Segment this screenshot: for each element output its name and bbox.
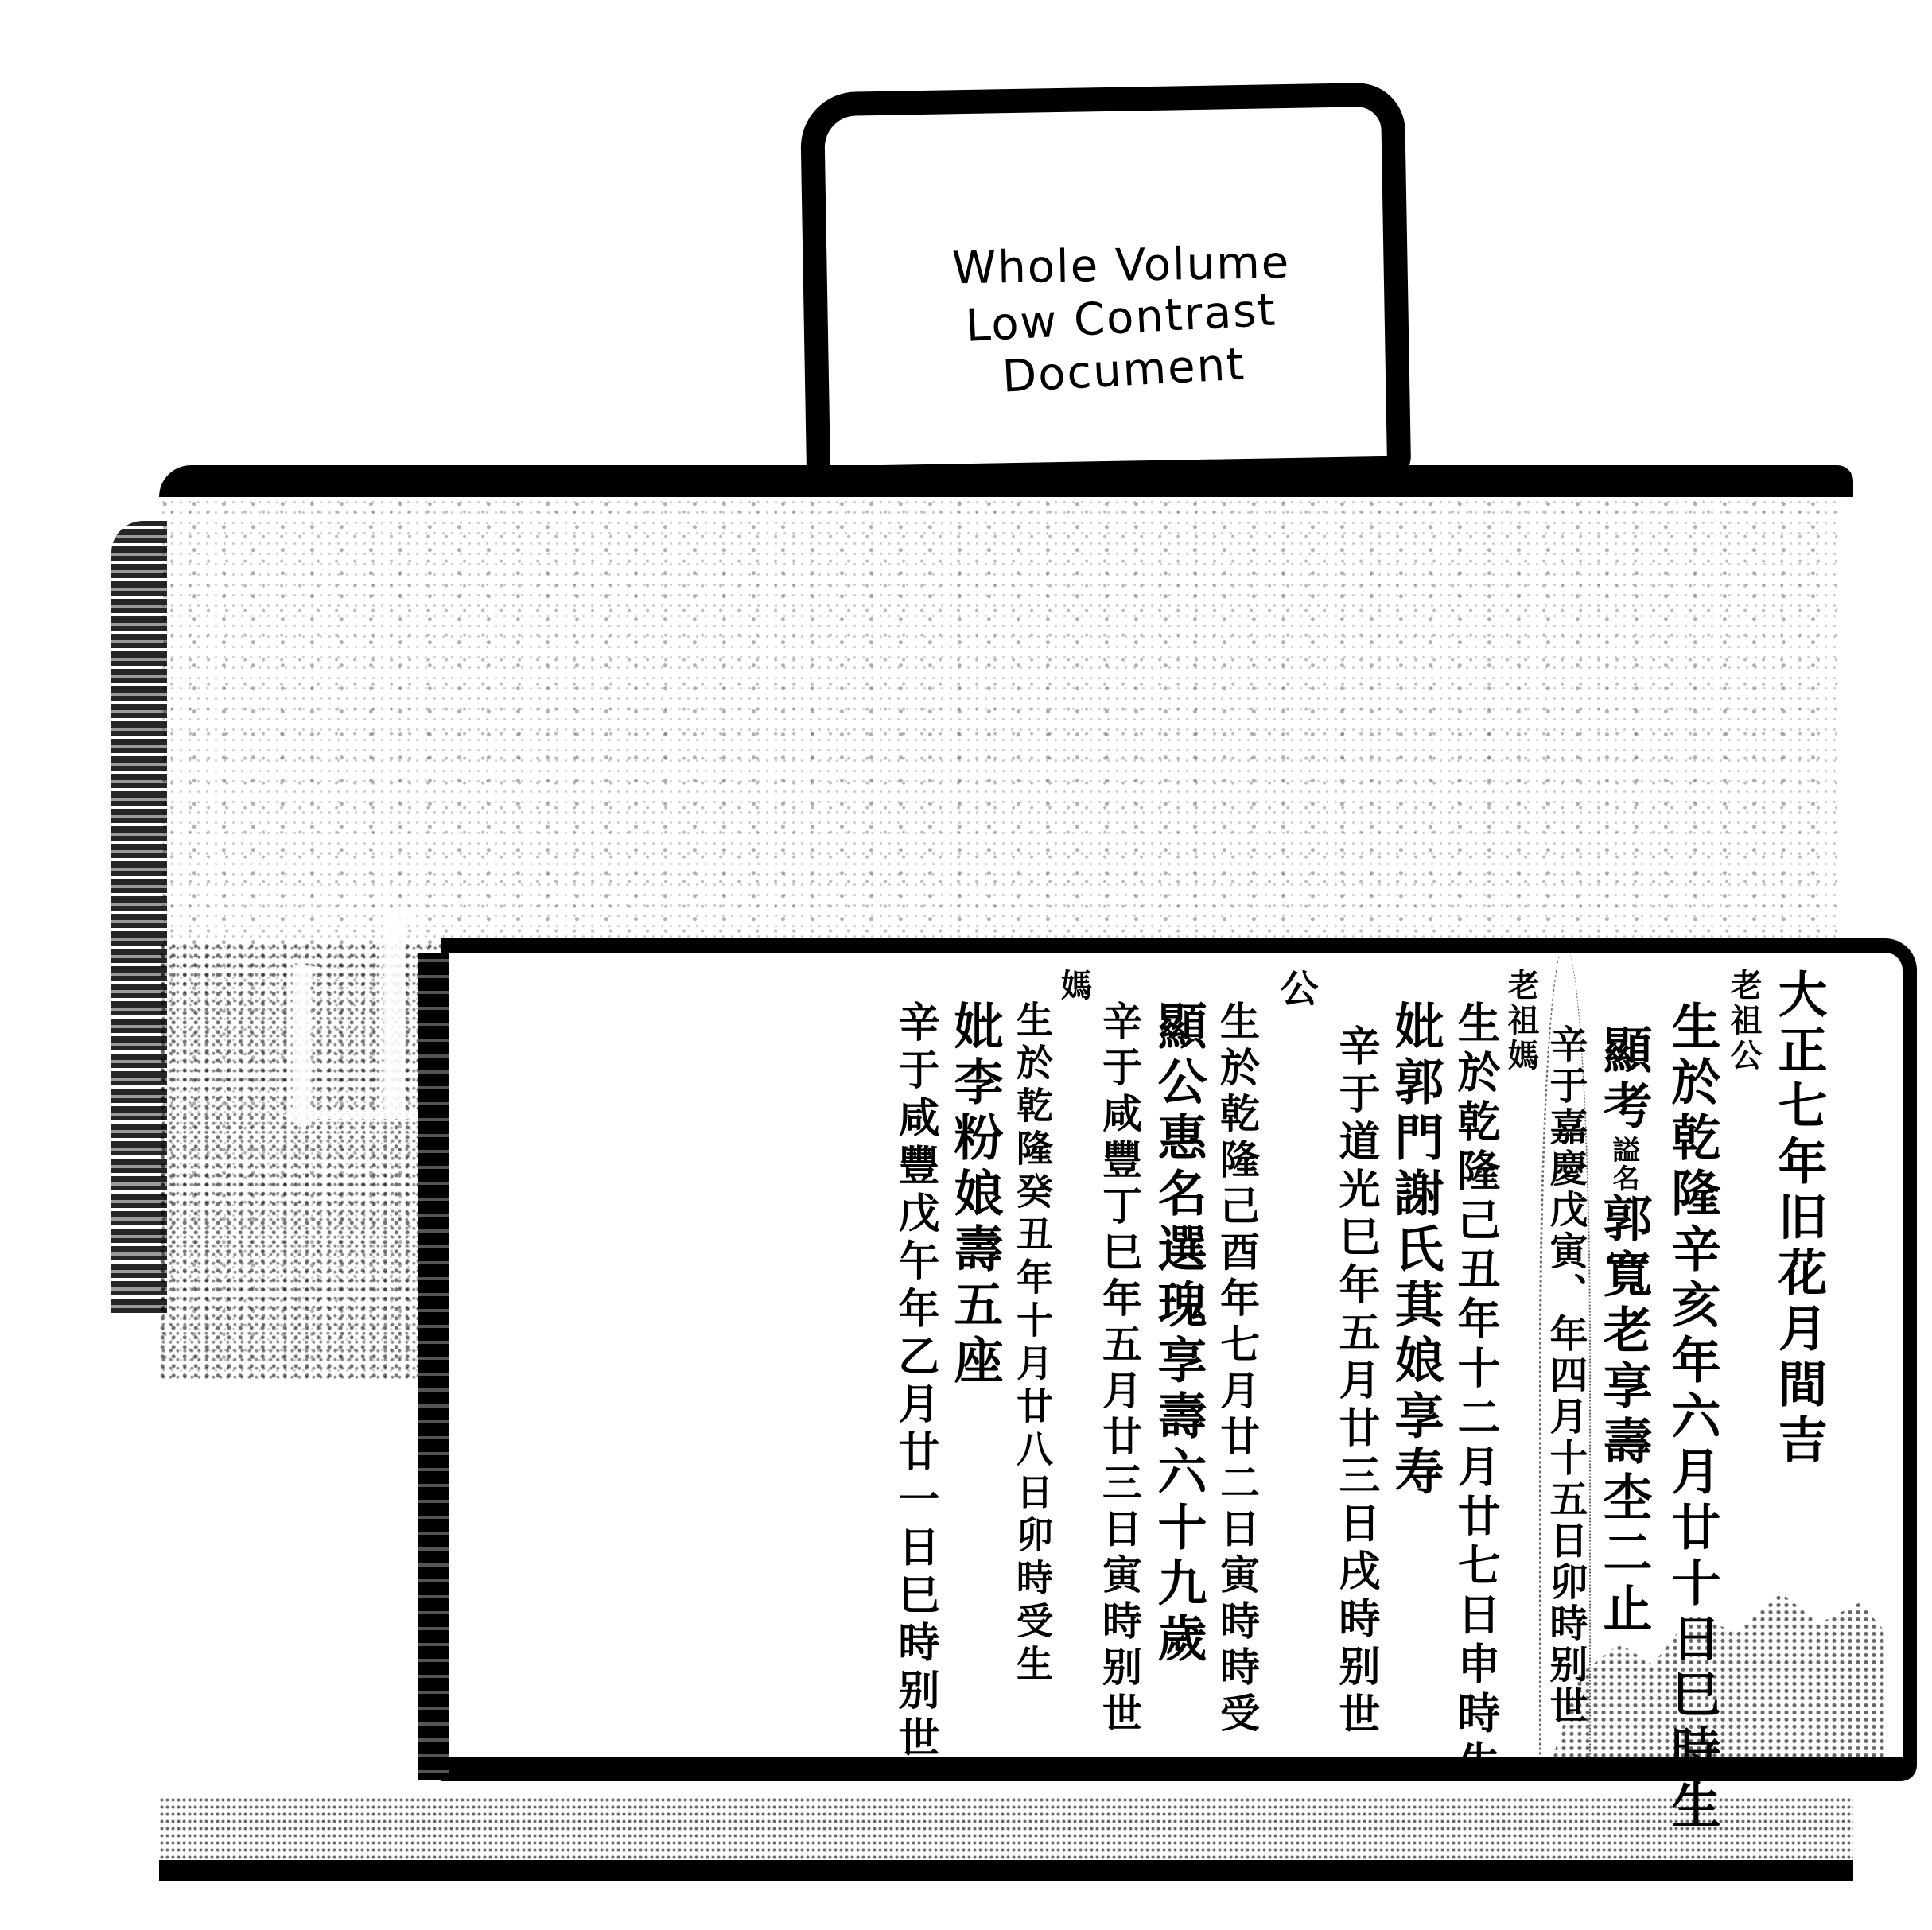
text-columns: 大正七年旧花月間吉 老祖公 生於乾隆辛亥年六月廿十日巳時生 顯考謚名郭寬老享壽杢… xyxy=(891,969,1831,1756)
volume-label-text: Whole Volume Low Contrast Document xyxy=(874,235,1370,402)
column-2-header: 老祖公 xyxy=(1724,969,1763,1756)
column-3: 顯考謚名郭寬老享壽杢二止 xyxy=(1591,969,1656,1756)
volume-top-edge xyxy=(159,465,1853,497)
label-line-2: Low Contrast Document xyxy=(873,280,1371,410)
column-1: 大正七年旧花月間吉 xyxy=(1766,969,1831,1756)
column-8: 公 xyxy=(1263,969,1328,1756)
column-3-annotation: 謚名 xyxy=(1607,1136,1639,1193)
column-5-header: 老祖媽 xyxy=(1502,969,1540,1756)
column-11: 辛于咸豐丁巳年五月廿三日寅時别世 xyxy=(1096,969,1142,1756)
column-6: 妣郭門謝氏萁娘享寿 xyxy=(1382,969,1448,1756)
column-5: 生於乾隆己丑年十二月廿七日申時生 xyxy=(1451,969,1502,1756)
column-7: 辛于道光巳年五月廿三日戌時别世 xyxy=(1331,969,1379,1756)
column-2-group: 老祖公 生於乾隆辛亥年六月廿十日巳時生 xyxy=(1659,969,1763,1756)
volume-bottom-edge xyxy=(159,1860,1853,1881)
column-10: 顯公惠名選瑰享壽六十九歲 xyxy=(1145,969,1211,1756)
column-2: 生於乾隆辛亥年六月廿十日巳時生 xyxy=(1659,969,1724,1756)
scan-noise-bottom xyxy=(159,1796,1853,1860)
column-13: 妣李粉娘壽五座 xyxy=(942,969,1007,1756)
column-9: 生於乾隆己酉年七月廿二日寅時時受 xyxy=(1214,969,1260,1756)
column-12-group: 媽 生於乾隆癸丑年十月廿八日卯時受生 xyxy=(1010,969,1093,1756)
column-12-header: 媽 xyxy=(1055,969,1093,1756)
sheet-left-edge xyxy=(418,953,449,1780)
column-3-title: 顯考 xyxy=(1595,1024,1653,1136)
manuscript-sheet: 大正七年旧花月間吉 老祖公 生於乾隆辛亥年六月廿十日巳時生 顯考謚名郭寬老享壽杢… xyxy=(441,938,1917,1781)
column-5-group: 老祖媽 生於乾隆己丑年十二月廿七日申時生 xyxy=(1451,969,1540,1756)
volume-label-tab: Whole Volume Low Contrast Document xyxy=(800,82,1412,490)
column-4: 辛于嘉慶戊寅、年四月十五日卯時别世 xyxy=(1543,969,1588,1756)
column-3-name: 郭寬老享壽杢二止 xyxy=(1595,1193,1653,1638)
column-12: 生於乾隆癸丑年十月廿八日卯時受生 xyxy=(1010,969,1055,1756)
column-14: 辛于咸豐戊午年乙月廿一日巳時别世 xyxy=(891,969,939,1756)
